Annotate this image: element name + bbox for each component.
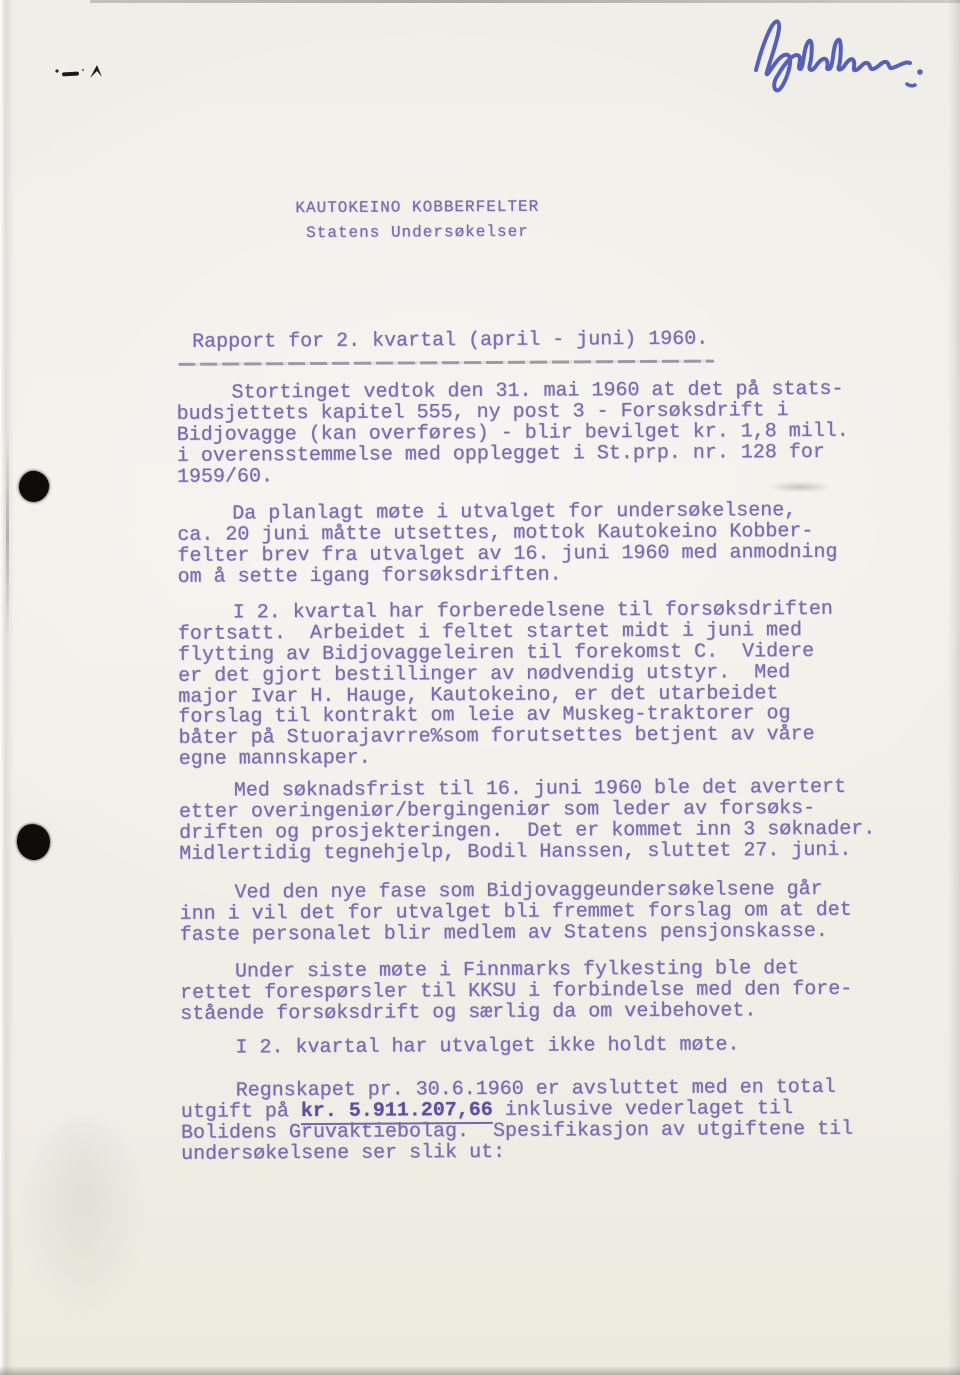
typed-line: Bolidens Gruvaktiebolag. Spesifikasjon a… [181, 1120, 853, 1145]
typed-line: faste personalet blir medlem av Statens … [180, 922, 852, 947]
paragraph-accounting: Regnskapet pr. 30.6.1960 er avsluttet me… [181, 1078, 854, 1166]
org-subtitle: Statens Undersøkelser [177, 219, 657, 247]
paragraph-preparations: I 2. kvartal har forberedelsene til fors… [178, 600, 834, 771]
title-underline [178, 360, 714, 366]
report-title: Rapport for 2. kvartal (april - juni) 19… [192, 328, 708, 354]
accounting-line4: undersøkelsene ser slik ut: [181, 1141, 505, 1166]
paragraph-no-meeting: I 2. kvartal har utvalget ikke holdt møt… [180, 1035, 739, 1059]
typed-line: i overensstemmelse med opplegget i St.pr… [177, 442, 849, 467]
paragraph-recruitment: Med søknadsfrist til 16. juni 1960 ble d… [179, 778, 876, 866]
paragraph-committee-letter: Da planlagt møte i utvalget for undersøk… [177, 501, 838, 589]
typed-line: stående forsøksdrift og særlig da om vei… [180, 1001, 852, 1026]
org-name: KAUTOKEINO KOBBERFELTER [177, 194, 657, 222]
accounting-line3: Bolidens Gruvaktiebolag. Spesifikasjon a… [181, 1118, 853, 1145]
typed-line: I 2. kvartal har utvalget ikke holdt møt… [180, 1035, 739, 1059]
typed-line: Midlertidig tegnehjelp, Bodil Hanssen, s… [179, 840, 875, 865]
typed-line: egne mannskaper. [179, 746, 834, 771]
typed-line: undersøkelsene ser slik ut: [181, 1140, 853, 1165]
scanned-document-page: KAUTOKEINO KOBBERFELTER Statens Undersøk… [0, 0, 960, 1375]
typed-line: om å sette igang forsøksdriften. [177, 563, 837, 588]
typed-line: 1959/60. [177, 463, 849, 488]
paragraph-county-council: Under siste møte i Finnmarks fylkesting … [180, 959, 852, 1026]
paragraph-funding-decision: Stortinget vedtok den 31. mai 1960 at de… [176, 380, 849, 489]
paragraph-pension: Ved den nye fase som Bidjovaggeundersøke… [179, 880, 851, 947]
organization-header: KAUTOKEINO KOBBERFELTER Statens Undersøk… [177, 194, 657, 247]
